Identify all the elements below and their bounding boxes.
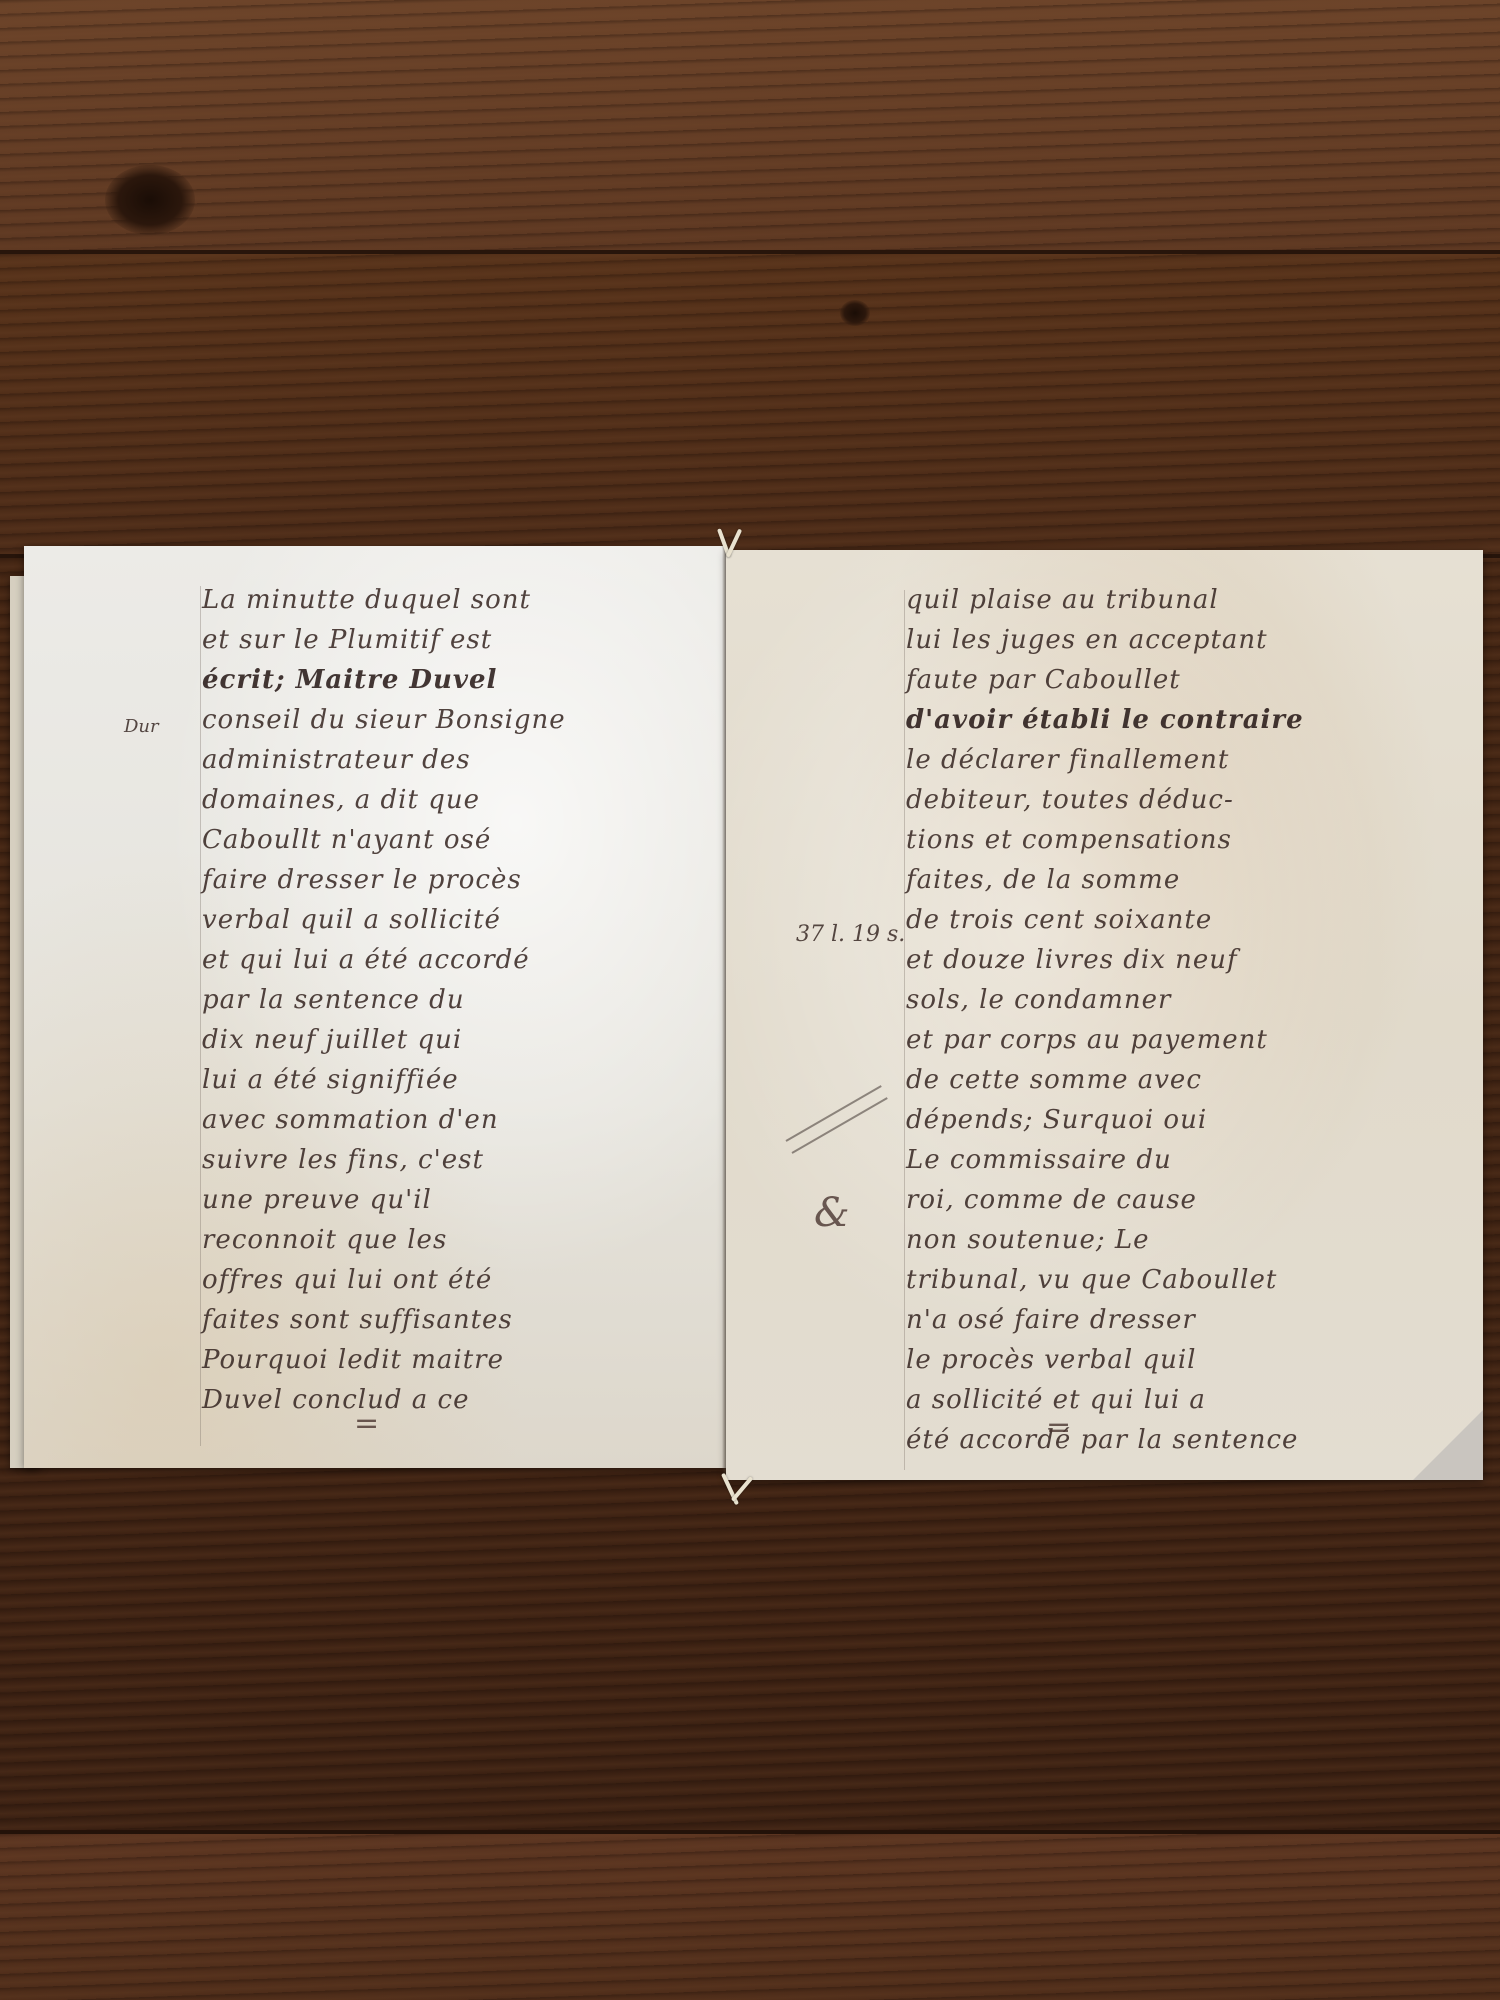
text-line: et douze livres dix neuf [906,940,1304,980]
text-line: écrit; Maitre Duvel [202,660,566,700]
text-line: faites, de la somme [906,860,1304,900]
text-line: le déclarer finallement [906,740,1304,780]
text-line: quil plaise au tribunal [906,580,1304,620]
text-line: et sur le Plumitif est [202,620,566,660]
text-line: roi, comme de cause [906,1180,1304,1220]
margin-note: Dur [124,716,159,737]
text-line: verbal quil a sollicité [202,900,566,940]
text-line: le procès verbal quil [906,1340,1304,1380]
text-line: Pourquoi ledit maitre [202,1340,566,1380]
text-line: domaines, a dit que [202,780,566,820]
wood-plank-4 [0,1834,1500,2000]
text-line: une preuve qu'il [202,1180,566,1220]
margin-pen-stroke [792,1097,888,1154]
text-line: lui a été signiffiée [202,1060,566,1100]
text-line: par la sentence du [202,980,566,1020]
text-line: conseil du sieur Bonsigne [202,700,566,740]
text-line: Le commissaire du [906,1140,1304,1180]
right-page-text: quil plaise au tribunal lui les juges en… [906,580,1304,1460]
text-line: tions et compensations [906,820,1304,860]
text-line: tribunal, vu que Caboullet [906,1260,1304,1300]
wood-knot [840,300,870,326]
text-line: La minutte duquel sont [202,580,566,620]
manuscript-booklet: Dur La minutte duquel sont et sur le Plu… [10,528,1485,1488]
text-line: faire dresser le procès [202,860,566,900]
text-line: offres qui lui ont été [202,1260,566,1300]
text-line: et qui lui a été accordé [202,940,566,980]
text-line: avec sommation d'en [202,1100,566,1140]
text-line: Caboullt n'ayant osé [202,820,566,860]
left-page: Dur La minutte duquel sont et sur le Plu… [24,546,726,1468]
margin-pen-stroke [786,1085,882,1142]
text-line: faute par Caboullet [906,660,1304,700]
text-line: et par corps au payement [906,1020,1304,1060]
text-line: suivre les fins, c'est [202,1140,566,1180]
text-line: de trois cent soixante [906,900,1304,940]
wood-plank-2 [0,254,1500,554]
margin-rule [200,586,201,1446]
text-line: non soutenue; Le [906,1220,1304,1260]
text-line: sols, le condamner [906,980,1304,1020]
text-line: dépends; Surquoi oui [906,1100,1304,1140]
right-page: 37 l. 19 s. & quil plaise au tribunal lu… [726,550,1483,1480]
margin-rule [904,590,905,1470]
margin-amount: 37 l. 19 s. [796,922,905,947]
text-line: d'avoir établi le contraire [906,700,1304,740]
end-mark: = [354,1406,379,1441]
text-line: administrateur des [202,740,566,780]
text-line: été accordé par la sentence [906,1420,1304,1460]
text-line: faites sont suffisantes [202,1300,566,1340]
text-line: Duvel conclud a ce [202,1380,566,1420]
text-line: de cette somme avec [906,1060,1304,1100]
text-line: lui les juges en acceptant [906,620,1304,660]
text-line: debiteur, toutes déduc- [906,780,1304,820]
text-line: dix neuf juillet qui [202,1020,566,1060]
text-line: n'a osé faire dresser [906,1300,1304,1340]
wood-knot [105,165,195,235]
margin-flourish: & [814,1190,850,1236]
text-line: a sollicité et qui lui a [906,1380,1304,1420]
end-mark: = [1046,1410,1071,1445]
wooden-table-background: Dur La minutte duquel sont et sur le Plu… [0,0,1500,2000]
wood-plank-1 [0,0,1500,250]
text-line: reconnoit que les [202,1220,566,1260]
left-page-text: La minutte duquel sont et sur le Plumiti… [202,580,566,1420]
folded-corner [1413,1410,1483,1480]
